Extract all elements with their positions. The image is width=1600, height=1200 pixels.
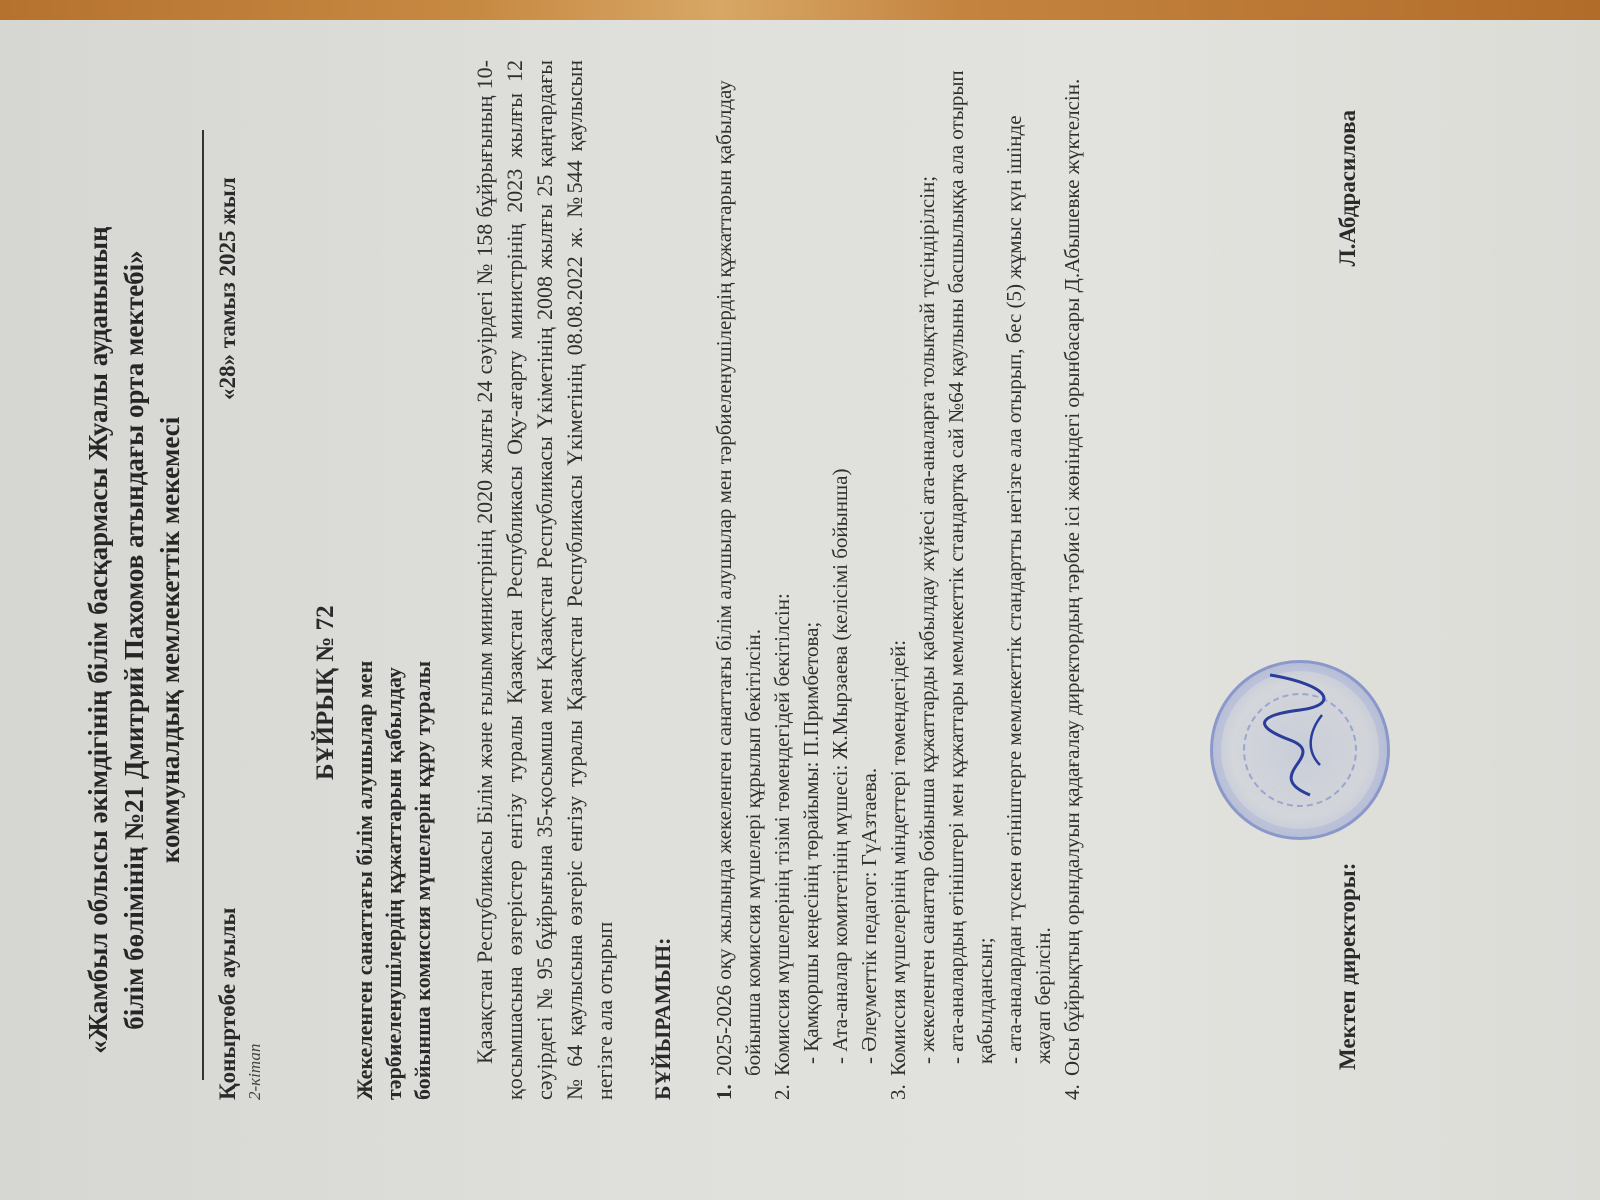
order-title: Жекеленген санаттағы білім алушылар мен …	[350, 540, 437, 1100]
institution-header: «Жамбыл облысы әкімдігінің білім басқарм…	[80, 110, 188, 1170]
signatory-name: Л.Абдрасилова	[1335, 110, 1361, 266]
signature-label: Мектеп директоры:	[1335, 863, 1361, 1070]
order-item-3: 3. Комиссия мүшелерінің міндеттері төмен…	[884, 60, 1058, 1100]
sub-item: - ата-аналардан түскен өтініштерге мемле…	[1000, 60, 1058, 1076]
paper-sheet: «Жамбыл облысы әкімдігінің білім басқарм…	[0, 20, 1600, 1200]
header-line: «Жамбыл облысы әкімдігінің білім басқарм…	[80, 110, 116, 1170]
sub-item: - Әлеуметтік педагог: ГүАзтаева.	[855, 60, 884, 1076]
sub-item: - жекеленген санаттар бойынша құжаттарды…	[913, 60, 942, 1076]
header-divider	[202, 130, 204, 1080]
order-item-4: 4. Осы бұйрықтың орындалуын қадағалау ди…	[1058, 60, 1087, 1100]
title-line: бойынша комиссия мүшелерін құру туралы	[408, 540, 437, 1100]
order-date: «28» тамыз 2025 жыл	[215, 177, 241, 400]
handwritten-signature-icon	[1250, 665, 1340, 805]
item-text: 2025-2026 оқу жылында жекеленген санатта…	[712, 80, 765, 1076]
item-text: Комиссия мүшелерінің міндеттері төмендег…	[886, 640, 910, 1076]
sub-item: - ата-аналардың өтініштері мен құжаттары…	[942, 60, 1000, 1076]
book-label: 2-кітап	[245, 1044, 265, 1100]
header-line: коммуналдық мемлекеттік мекемесі	[152, 110, 188, 1170]
order-item-1: 1. 2025-2026 оқу жылында жекеленген сана…	[710, 60, 768, 1100]
item-text: Осы бұйрықтың орындалуын қадағалау дирек…	[1060, 79, 1084, 1076]
item-number: 2.	[768, 1084, 797, 1100]
place-name: Қоныртөбе ауылы	[215, 908, 241, 1100]
order-document: «Жамбыл облысы әкімдігінің білім басқарм…	[50, 80, 1510, 1200]
preamble-text: Қазақстан Республикасы Білім және ғылым …	[472, 60, 617, 1100]
title-line: тәрбиеленушілердің құжаттарын қабылдау	[379, 540, 408, 1100]
item-number: 1.	[710, 1084, 739, 1100]
item-number: 4.	[1058, 1084, 1087, 1100]
sub-item: - Қамқоршы кеңесінің төрайымы: П.Примбет…	[797, 60, 826, 1076]
order-item-2: 2. Комиссия мүшелерінің тізімі төмендегі…	[768, 60, 884, 1100]
header-line: білім бөлімінің №21 Дмитрий Пахомов атын…	[116, 110, 152, 1170]
decree-word: БҰЙЫРАМЫН:	[650, 938, 676, 1100]
item-text: Комиссия мүшелерінің тізімі төмендегідей…	[770, 593, 794, 1076]
preamble-paragraph: Қазақстан Республикасы Білім және ғылым …	[470, 60, 620, 1100]
sub-item: - Ата-аналар комитетінің мүшесі: Ж.Мырза…	[826, 60, 855, 1076]
item-number: 3.	[884, 1084, 913, 1100]
order-number: БҰЙРЫҚ № 72	[312, 605, 340, 780]
order-items: 1. 2025-2026 оқу жылында жекеленген сана…	[710, 60, 1087, 1100]
title-line: Жекеленген санаттағы білім алушылар мен	[350, 540, 379, 1100]
